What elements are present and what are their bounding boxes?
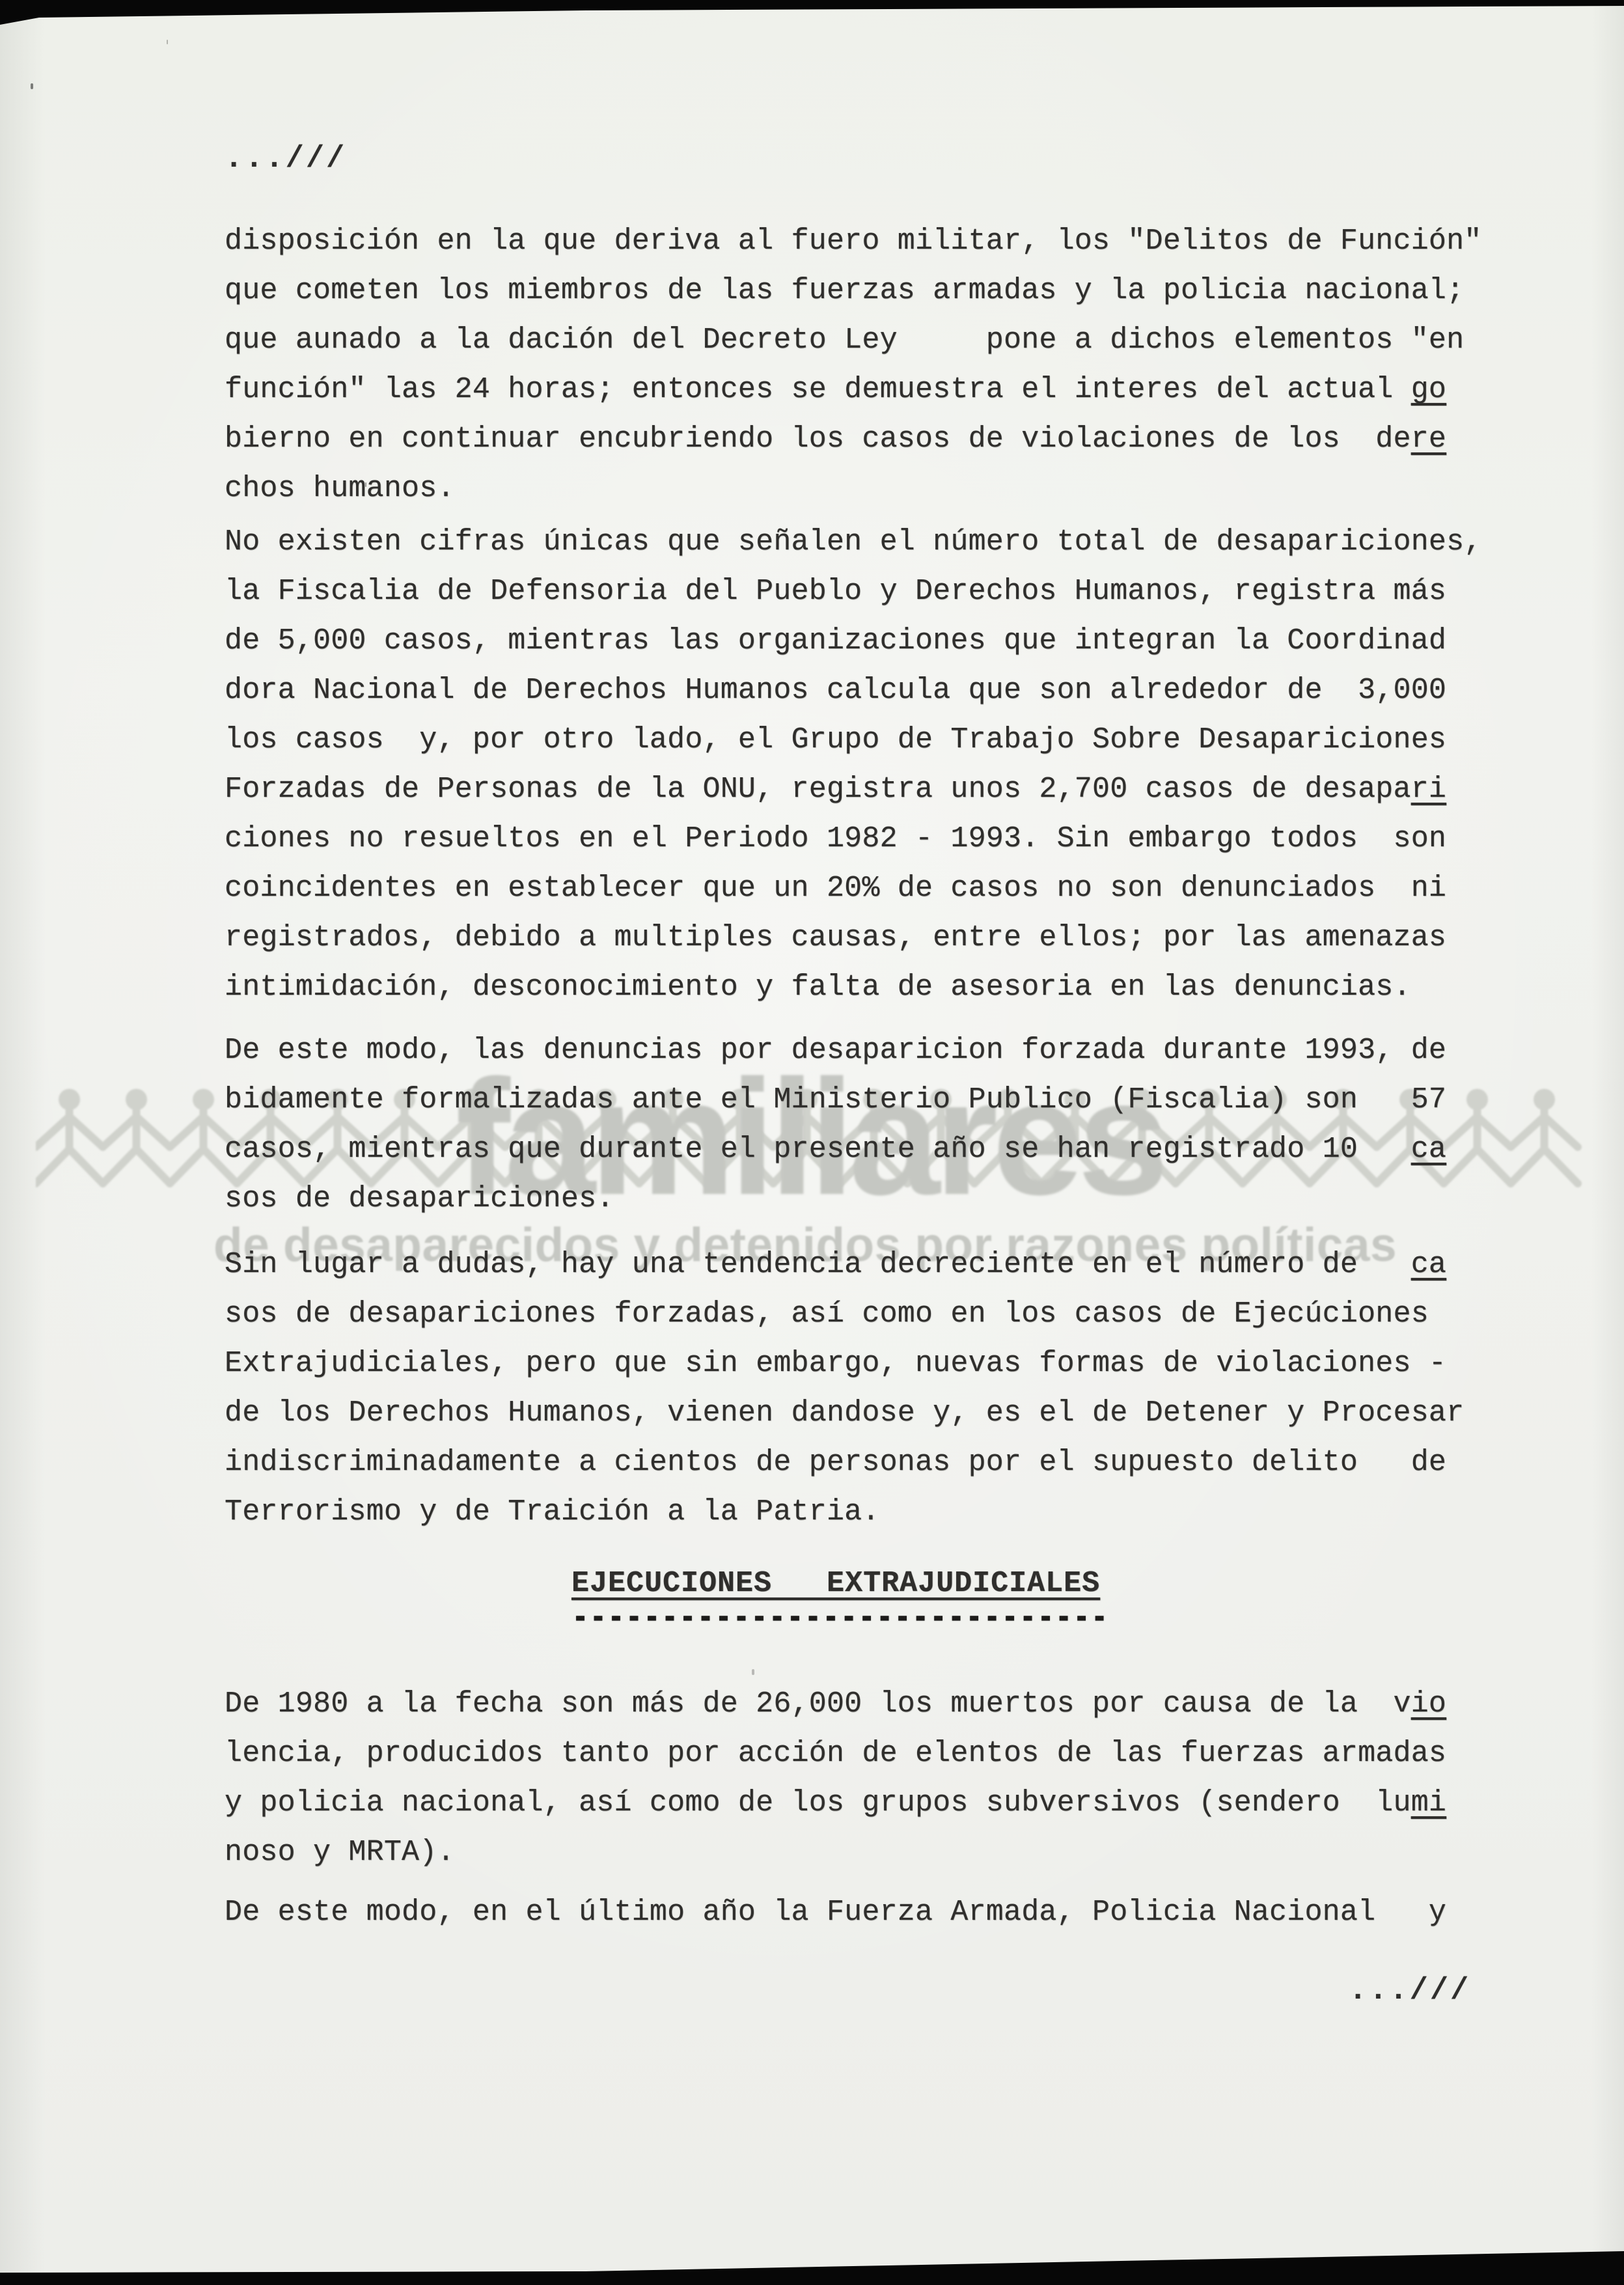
hyphenation-underline: re <box>1411 422 1446 456</box>
text-line: casos, mientras que durante el presente … <box>225 1125 1446 1174</box>
text-line: función" las 24 horas; entonces se demue… <box>225 365 1482 415</box>
paragraph: De 1980 a la fecha son más de 26,000 los… <box>225 1680 1446 1877</box>
scanned-document-page: familiares de desaparecidos y detenidos … <box>0 0 1624 2285</box>
text-line: bidamente formalizadas ante el Ministeri… <box>225 1075 1446 1125</box>
text-line: de 5,000 casos, mientras las organizacio… <box>225 616 1482 666</box>
text-line: los casos y, por otro lado, el Grupo de … <box>225 715 1482 765</box>
hyphenation-underline: ri <box>1411 773 1446 806</box>
text-line: de los Derechos Humanos, vienen dandose … <box>225 1389 1464 1438</box>
continuation-mark-top: .../// <box>225 142 346 176</box>
text-line: lencia, producidos tanto por acción de e… <box>225 1729 1446 1779</box>
hyphenation-underline: mi <box>1411 1786 1446 1820</box>
text-line: Forzadas de Personas de la ONU, registra… <box>225 765 1482 814</box>
text-line: sos de desapariciones. <box>225 1174 1446 1224</box>
text-line: intimidación, desconocimiento y falta de… <box>225 963 1482 1012</box>
text-line: chos humanos. <box>225 464 1482 514</box>
text-line: bierno en continuar encubriendo los caso… <box>225 415 1482 464</box>
hyphenation-underline: go <box>1411 373 1446 406</box>
text-line: noso y MRTA). <box>225 1828 1446 1877</box>
paragraph: disposición en la que deriva al fuero mi… <box>225 217 1482 514</box>
hyphenation-underline: ca <box>1411 1248 1446 1281</box>
scan-edge-shadow-left <box>0 0 46 2285</box>
hyphenation-underline: io <box>1411 1687 1446 1721</box>
text-line: sos de desapariciones forzadas, así como… <box>225 1290 1464 1339</box>
text-line: De 1980 a la fecha son más de 26,000 los… <box>225 1680 1446 1729</box>
hyphenation-underline: ca <box>1411 1133 1446 1166</box>
text-line: Terrorismo y de Traición a la Patria. <box>225 1488 1464 1537</box>
scan-border-top <box>0 0 1624 27</box>
scan-border-bottom <box>0 2239 1624 2285</box>
paragraph: Sin lugar a dudas, hay una tendencia dec… <box>225 1240 1464 1537</box>
paragraph: No existen cifras únicas que señalen el … <box>225 518 1482 1012</box>
text-line: Sin lugar a dudas, hay una tendencia dec… <box>225 1240 1464 1290</box>
text-line: coincidentes en establecer que un 20% de… <box>225 864 1482 913</box>
text-line: que aunado a la dación del Decreto Ley p… <box>225 316 1482 365</box>
text-line: No existen cifras únicas que señalen el … <box>225 518 1482 567</box>
continuation-mark-bottom: .../// <box>1349 1974 1470 2008</box>
text-line: disposición en la que deriva al fuero mi… <box>225 217 1482 266</box>
text-line: De este modo, las denuncias por desapari… <box>225 1026 1446 1075</box>
text-line: la Fiscalia de Defensoria del Pueblo y D… <box>225 567 1482 616</box>
text-line: De este modo, en el último año la Fuerza… <box>225 1888 1446 1937</box>
text-line: ciones no resueltos en el Periodo 1982 -… <box>225 814 1482 864</box>
heading-underline-dashes: ------------------------------ <box>571 1611 1108 1628</box>
text-line: indiscriminadamente a cientos de persona… <box>225 1438 1464 1488</box>
text-line: que cometen los miembros de las fuerzas … <box>225 266 1482 316</box>
text-line: registrados, debido a multiples causas, … <box>225 913 1482 963</box>
text-line: Extrajudiciales, pero que sin embargo, n… <box>225 1339 1464 1389</box>
section-heading-block: EJECUCIONES EXTRAJUDICIALES ------------… <box>571 1559 1108 1626</box>
paragraph: De este modo, en el último año la Fuerza… <box>225 1888 1446 1937</box>
scan-edge-shadow-right <box>1591 0 1624 2285</box>
text-line: dora Nacional de Derechos Humanos calcul… <box>225 666 1482 715</box>
text-line: y policia nacional, así como de los grup… <box>225 1779 1446 1828</box>
paragraph: De este modo, las denuncias por desapari… <box>225 1026 1446 1224</box>
